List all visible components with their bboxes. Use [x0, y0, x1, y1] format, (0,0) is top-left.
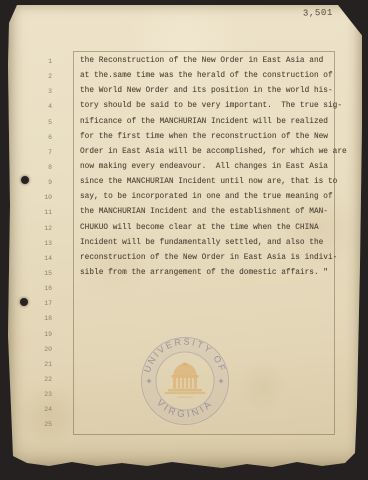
line-number: 12 [26, 221, 52, 236]
line-number: 8 [26, 160, 52, 175]
line-text: the Reconstruction of the New Order in E… [80, 54, 323, 69]
text-line: 9since the MANCHURIAN Incident until now… [26, 175, 346, 190]
line-number: 21 [26, 357, 52, 372]
line-number: 20 [26, 342, 52, 357]
line-text: for the first time when the reconstructi… [80, 130, 328, 145]
text-line: 16 [26, 281, 346, 296]
line-text: nificance of the MANCHURIAN Incident wil… [80, 115, 328, 130]
hole-punch-bottom [20, 298, 28, 306]
line-number: 17 [26, 296, 52, 311]
typed-text-block: 1the Reconstruction of the New Order in … [26, 54, 346, 433]
line-number: 2 [26, 69, 52, 84]
line-text: since the MANCHURIAN Incident until now … [80, 175, 337, 190]
line-number: 24 [26, 402, 52, 417]
line-text: reconstruction of the New Order in East … [80, 251, 337, 266]
line-number: 16 [26, 281, 52, 296]
text-line: 14reconstruction of the New Order in Eas… [26, 251, 346, 266]
line-number: 5 [26, 115, 52, 130]
text-line: 11the MANCHURIAN Incident and the establ… [26, 205, 346, 220]
text-line: 8now making every endeavour. All changes… [26, 160, 346, 175]
paper-sheet: 3,501 UNIVERSITY OF VIRGINIA 1the Recons… [7, 5, 362, 471]
line-number: 19 [26, 327, 52, 342]
line-text: tory should be said to be very important… [80, 99, 342, 114]
text-line: 18 [26, 311, 346, 326]
text-line: 17 [26, 296, 346, 311]
line-number: 9 [26, 175, 52, 190]
line-number: 7 [26, 145, 52, 160]
text-line: 24 [26, 402, 346, 417]
line-number: 15 [26, 266, 52, 281]
hole-punch-top [21, 176, 29, 184]
text-line: 7Order in East Asia will be accomplished… [26, 145, 346, 160]
text-line: 6for the first time when the reconstruct… [26, 130, 346, 145]
text-line: 5nificance of the MANCHURIAN Incident wi… [26, 115, 346, 130]
line-number: 23 [26, 387, 52, 402]
text-line: 12CHUKUO will become clear at the time w… [26, 221, 346, 236]
text-line: 25 [26, 417, 346, 432]
text-line: 4tory should be said to be very importan… [26, 99, 346, 114]
line-text: Incident will be fundamentally settled, … [80, 236, 323, 251]
line-number: 25 [26, 417, 52, 432]
line-number: 4 [26, 99, 52, 114]
line-text: at the.same time was the herald of the c… [80, 69, 333, 84]
line-text: Order in East Asia will be accomplished,… [80, 145, 347, 160]
text-line: 22 [26, 372, 346, 387]
text-line: 21 [26, 357, 346, 372]
text-line: 2at the.same time was the herald of the … [26, 69, 346, 84]
line-number: 14 [26, 251, 52, 266]
line-number: 11 [26, 205, 52, 220]
text-line: 23 [26, 387, 346, 402]
line-number: 22 [26, 372, 52, 387]
text-line: 10say, to be incorporated in one and the… [26, 190, 346, 205]
line-number: 1 [26, 54, 52, 69]
text-line: 3the World New Order and its position in… [26, 84, 346, 99]
text-line: 20 [26, 342, 346, 357]
page-number: 3,501 [303, 7, 347, 18]
line-text: sible from the arrangement of the domest… [80, 266, 328, 281]
text-line: 13Incident will be fundamentally settled… [26, 236, 346, 251]
line-number: 10 [26, 190, 52, 205]
line-number: 18 [26, 311, 52, 326]
line-text: CHUKUO will become clear at the time whe… [80, 221, 319, 236]
line-number: 6 [26, 130, 52, 145]
line-text: the MANCHURIAN Incident and the establis… [80, 205, 328, 220]
line-text: say, to be incorporated in one and the t… [80, 190, 333, 205]
text-line: 15sible from the arrangement of the dome… [26, 266, 346, 281]
line-number: 13 [26, 236, 52, 251]
line-text: the World New Order and its position in … [80, 84, 333, 99]
line-text: now making every endeavour. All changes … [80, 160, 328, 175]
line-number: 3 [26, 84, 52, 99]
text-line: 1the Reconstruction of the New Order in … [26, 54, 346, 69]
text-line: 19 [26, 327, 346, 342]
